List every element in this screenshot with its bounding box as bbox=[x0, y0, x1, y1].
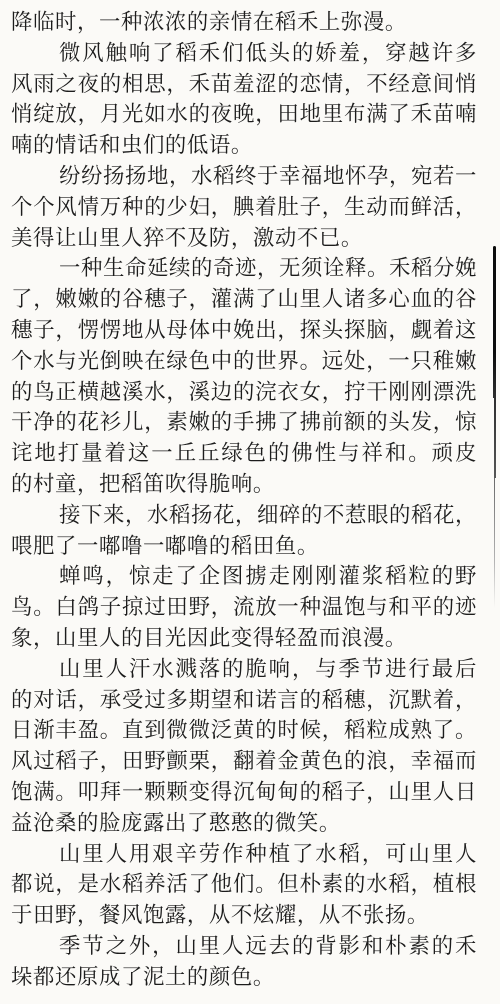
page-edge-line bbox=[493, 246, 496, 398]
text-line: 诧地打量着这一丘丘绿色的佛性与祥和。顽皮 bbox=[11, 438, 477, 469]
page-edge-line-fade bbox=[494, 478, 495, 608]
text-line: 于田野，餐风饱露，从不炫耀，从不张扬。 bbox=[11, 900, 477, 931]
text-line: 接下来，水稻扬花，细碎的不惹眼的稻花， bbox=[11, 500, 477, 531]
text-line: 的鸟正横越溪水，溪边的浣衣女，拧干刚刚漂洗 bbox=[11, 377, 477, 408]
text-line: 垛都还原成了泥土的颜色。 bbox=[11, 962, 477, 993]
text-line: 日渐丰盈。直到微微泛黄的时候，稻粒成熟了。 bbox=[11, 715, 477, 746]
page: 降临时，一种浓浓的亲情在稻禾上弥漫。微风触响了稻禾们低头的娇羞，穿越许多风雨之夜… bbox=[0, 0, 500, 1004]
text-line: 饱满。叩拜一颗颗变得沉甸甸的稻子，山里人日 bbox=[11, 777, 477, 808]
text-line: 风雨之夜的相思，禾苗羞涩的恋情，不经意间悄 bbox=[11, 69, 477, 100]
text-line: 一种生命延续的奇迹，无须诠释。禾稻分娩 bbox=[11, 253, 477, 284]
text-line: 悄绽放，月光如水的夜晚，田地里布满了禾苗喃 bbox=[11, 99, 477, 130]
text-line: 了，嫩嫩的谷穗子，灌满了山里人诸多心血的谷 bbox=[11, 284, 477, 315]
text-line: 都说，是水稻养活了他们。但朴素的水稻，植根 bbox=[11, 869, 477, 900]
text-line: 的村童，把稻笛吹得脆响。 bbox=[11, 469, 477, 500]
text-line: 微风触响了稻禾们低头的娇羞，穿越许多 bbox=[11, 38, 477, 69]
text-line: 干净的花衫儿，素嫩的手拂了拂前额的头发，惊 bbox=[11, 407, 477, 438]
text-line: 鸟。白鸽子掠过田野，流放一种温饱与和平的迹 bbox=[11, 592, 477, 623]
page-edge-line-mid bbox=[494, 398, 496, 478]
text-line: 个个风情万种的少妇，腆着肚子，生动而鲜活， bbox=[11, 192, 477, 223]
text-line: 山里人用艰辛劳作种植了水稻，可山里人 bbox=[11, 839, 477, 870]
text-line: 山里人汗水溅落的脆响，与季节进行最后 bbox=[11, 654, 477, 685]
text-line: 喃的情话和虫们的低语。 bbox=[11, 130, 477, 161]
text-line: 喂肥了一嘟噜一嘟噜的稻田鱼。 bbox=[11, 531, 477, 562]
text-line: 的对话，承受过多期望和诺言的稻穗，沉默着， bbox=[11, 685, 477, 716]
text-line: 象，山里人的目光因此变得轻盈而浪漫。 bbox=[11, 623, 477, 654]
text-line: 降临时，一种浓浓的亲情在稻禾上弥漫。 bbox=[11, 7, 477, 38]
text-line: 蝉鸣，惊走了企图掳走刚刚灌浆稻粒的野 bbox=[11, 561, 477, 592]
text-line: 穗子，愣愣地从母体中娩出，探头探脑，觑着这 bbox=[11, 315, 477, 346]
text-line: 风过稻子，田野颤栗，翻着金黄色的浪，幸福而 bbox=[11, 746, 477, 777]
text-line: 美得让山里人猝不及防，激动不已。 bbox=[11, 223, 477, 254]
text-line: 纷纷扬扬地，水稻终于幸福地怀孕，宛若一 bbox=[11, 161, 477, 192]
text-block: 降临时，一种浓浓的亲情在稻禾上弥漫。微风触响了稻禾们低头的娇羞，穿越许多风雨之夜… bbox=[11, 7, 477, 993]
text-line: 季节之外，山里人远去的背影和朴素的禾 bbox=[11, 931, 477, 962]
text-line: 个水与光倒映在绿色中的世界。远处，一只稚嫩 bbox=[11, 346, 477, 377]
text-line: 益沧桑的脸庞露出了憨憨的微笑。 bbox=[11, 808, 477, 839]
